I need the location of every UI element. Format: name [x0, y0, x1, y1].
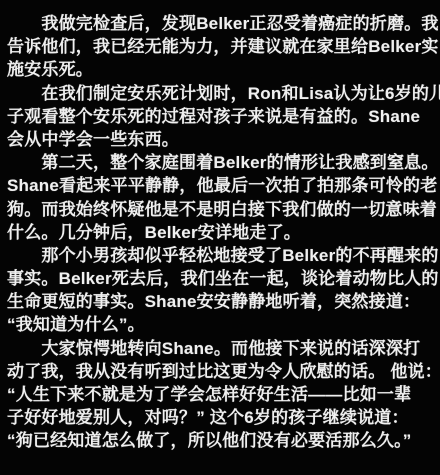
- text-line: Shane看起来平平静静，他最后一次拍了拍那条可怜的老: [7, 174, 436, 197]
- text-line: 那个小男孩却似乎轻松地接受了Belker的不再醒来的: [7, 244, 436, 267]
- text-line: 事实。Belker死去后，我们坐在一起，谈论着动物比人的: [7, 267, 436, 290]
- text-line: “狗已经知道怎么做了，所以他们没有必要活那么久。”: [7, 429, 436, 452]
- story-page: 我做完检查后，发现Belker正忍受着癌症的折磨。我告诉他们，我已经无能为力，并…: [0, 0, 440, 475]
- text-line: 在我们制定安乐死计划时，Ron和Lisa认为让6岁的儿: [7, 82, 436, 105]
- text-line: 狗。而我始终怀疑他是不是明白接下我们做的一切意味着: [7, 198, 436, 221]
- text-line: 子观看整个安乐死的过程对孩子来说是有益的。Shane: [7, 105, 436, 128]
- text-line: 我做完检查后，发现Belker正忍受着癌症的折磨。我: [7, 12, 436, 35]
- text-line: “人生下来不就是为了学会怎样好好生活——比如一辈: [7, 383, 436, 406]
- text-line: 子好好地爱别人，对吗？” 这个6岁的孩子继续说道：: [7, 406, 436, 429]
- text-line: 什么。几分钟后，Belker安详地走了。: [7, 221, 436, 244]
- text-line: 第二天，整个家庭围着Belker的情形让我感到窒息。: [7, 151, 436, 174]
- text-line: 施安乐死。: [7, 58, 436, 81]
- text-line: 大家惊愕地转向Shane。而他接下来说的话深深打: [7, 337, 436, 360]
- text-line: “我知道为什么”。: [7, 313, 436, 336]
- story-text: 我做完检查后，发现Belker正忍受着癌症的折磨。我告诉他们，我已经无能为力，并…: [7, 12, 436, 453]
- text-line: 动了我，我从没有听到过比这更为令人欣慰的话。 他说：: [7, 360, 436, 383]
- text-line: 会从中学会一些东西。: [7, 128, 436, 151]
- text-line: 告诉他们，我已经无能为力，并建议就在家里给Belker实: [7, 35, 436, 58]
- text-line: 生命更短的事实。Shane安安静静地听着，突然接道：: [7, 290, 436, 313]
